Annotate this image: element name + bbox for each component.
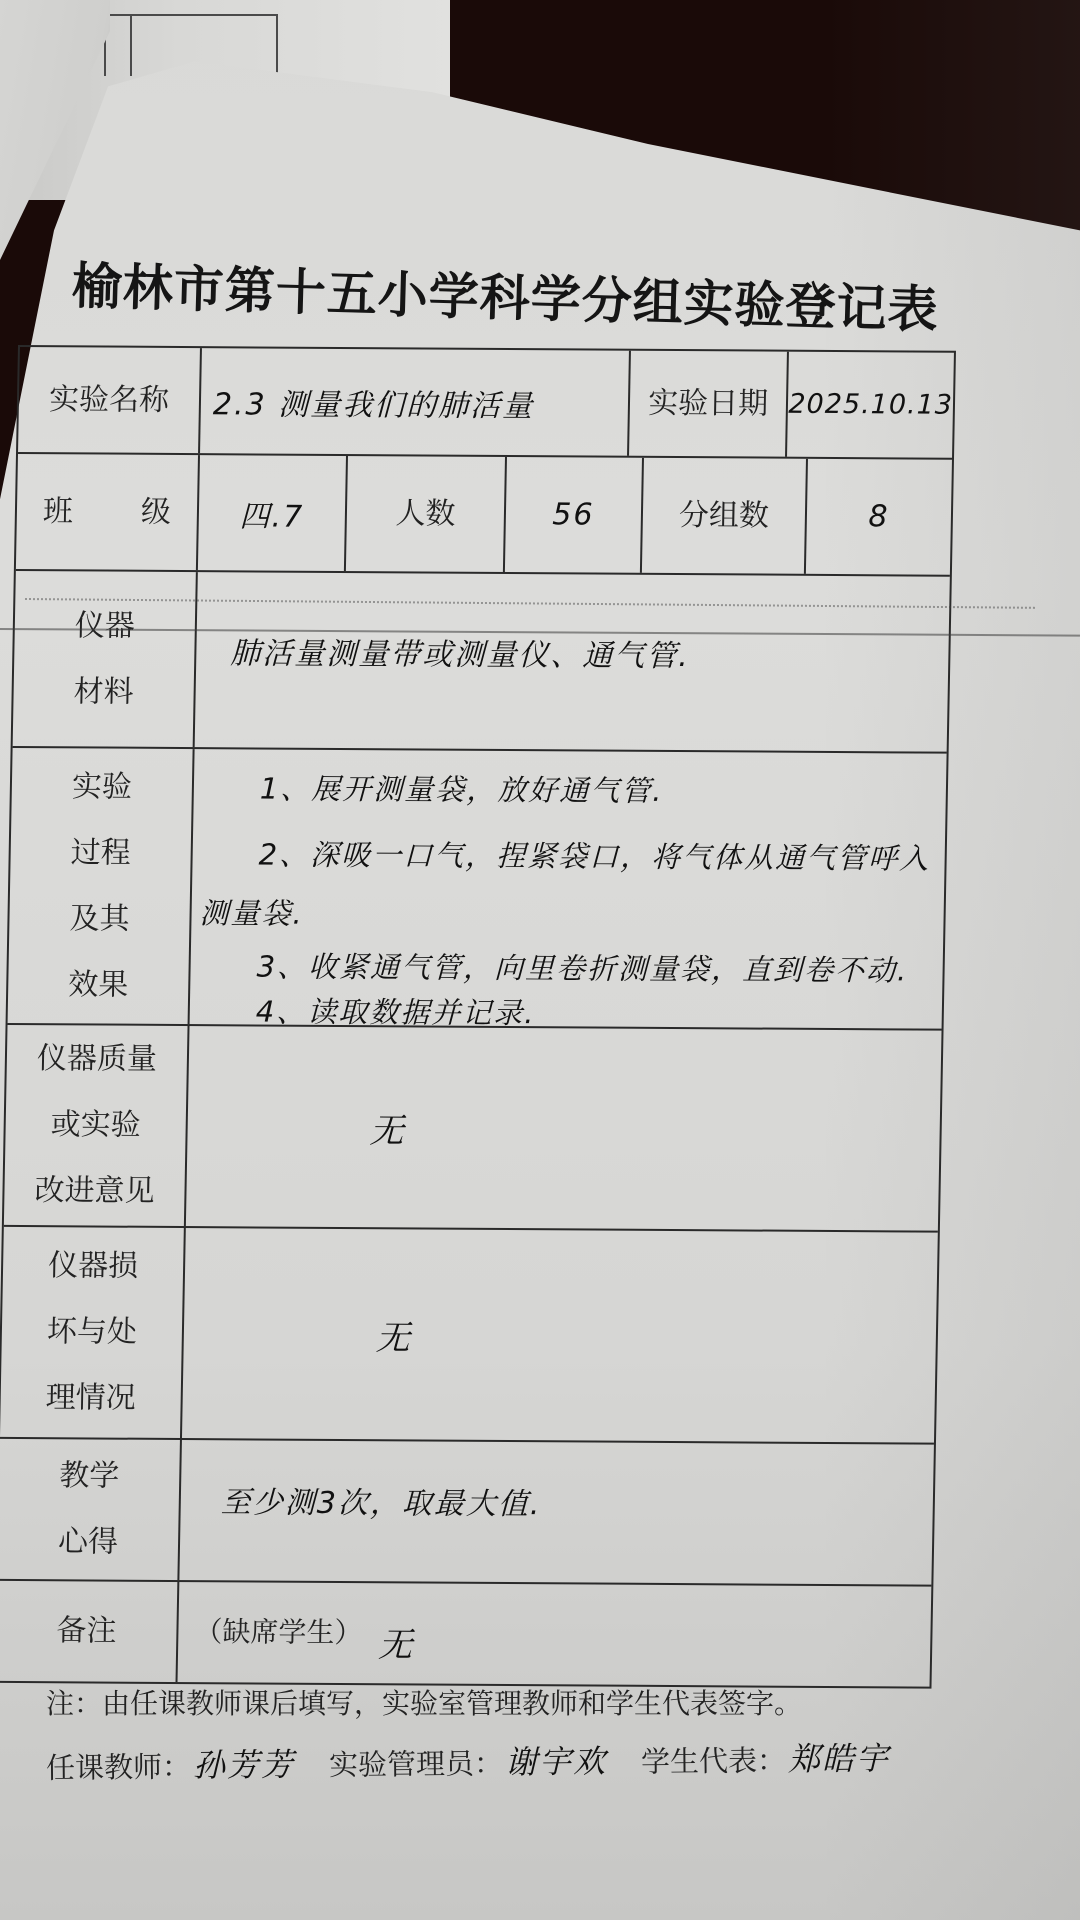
value-damage: 无 (182, 1228, 938, 1443)
admin-signature: 谢宇欢 (505, 1736, 607, 1783)
row-quality-suggestions: 仪器质量 或实验 改进意见 无 (4, 1025, 942, 1233)
value-class: 四.7 (198, 455, 348, 571)
value-process: 1、展开测量袋，放好通气管. 2、深吸一口气，捏紧袋口，将气体从通气管呼入 测量… (190, 749, 947, 1029)
row-process: 实验 过程 及其 效果 1、展开测量袋，放好通气管. 2、深吸一口气，捏紧袋口，… (8, 748, 947, 1031)
label-line: 坏与处 (46, 1299, 137, 1366)
row-teaching-notes: 教学 心得 至少测3次，取最大值. (0, 1439, 934, 1587)
teacher-signature: 孙芳芳 (193, 1739, 295, 1786)
label-teaching: 教学 心得 (0, 1439, 182, 1580)
process-step: 2、深吸一口气，捏紧袋口，将气体从通气管呼入 (200, 821, 939, 892)
label-line: 或实验 (50, 1092, 141, 1159)
process-step-continued: 测量袋. (199, 887, 938, 944)
row-class-info: 班 级 四.7 人数 56 分组数 8 (16, 454, 952, 577)
experiment-registration-table: 实验名称 2.3 测量我们的肺活量 实验日期 2025.10.13 班 级 四.… (0, 345, 956, 1689)
value-remarks: （缺席学生） 无 (178, 1582, 932, 1687)
value-headcount: 56 (505, 457, 644, 573)
label-class-right: 级 (140, 479, 171, 545)
label-group-count: 分组数 (642, 458, 808, 574)
value-group-count: 8 (806, 459, 952, 575)
label-line: 教学 (59, 1443, 120, 1509)
label-line: 效果 (68, 952, 129, 1018)
teacher-label: 任课教师： (46, 1744, 191, 1787)
label-quality: 仪器质量 或实验 改进意见 (4, 1025, 190, 1226)
label-line: 心得 (57, 1509, 118, 1575)
student-label: 学生代表： (641, 1738, 786, 1781)
value-experiment-name: 2.3 测量我们的肺活量 (200, 348, 631, 456)
row-experiment-name: 实验名称 2.3 测量我们的肺活量 实验日期 2025.10.13 (18, 347, 954, 460)
label-line: 理情况 (45, 1365, 136, 1432)
label-line: 仪器 (74, 593, 135, 659)
student-signature: 郑皓宇 (788, 1733, 890, 1780)
value-quality: 无 (186, 1026, 942, 1231)
label-experiment-date: 实验日期 (629, 351, 789, 457)
process-step: 3、收紧通气管，向里卷折测量袋，直到卷不动. (198, 939, 937, 998)
label-line: 过程 (70, 820, 131, 886)
label-headcount: 人数 (346, 456, 507, 572)
label-experiment-name: 实验名称 (18, 347, 202, 453)
label-process: 实验 过程 及其 效果 (8, 748, 195, 1024)
row-remarks: 备注 （缺席学生） 无 (0, 1581, 931, 1687)
label-line: 仪器损 (48, 1233, 139, 1300)
label-remarks: 备注 (0, 1581, 179, 1682)
process-step: 1、展开测量袋，放好通气管. (201, 755, 940, 826)
admin-label: 实验管理员： (329, 1741, 503, 1784)
label-class: 班 级 (16, 454, 200, 570)
label-line: 及其 (69, 886, 130, 952)
remarks-prefix: （缺席学生） (194, 1599, 363, 1666)
remarks-value: 无 (378, 1617, 415, 1666)
value-experiment-date: 2025.10.13 (787, 352, 954, 458)
footnote: 注：由任课教师课后填写，实验室管理教师和学生代表签字。 (46, 1682, 802, 1722)
label-line: 材料 (73, 659, 134, 725)
value-materials: 肺活量测量带或测量仪、通气管. (195, 572, 950, 752)
label-line: 仪器质量 (36, 1026, 157, 1093)
label-line: 实验 (71, 754, 132, 820)
label-class-left: 班 (42, 479, 73, 545)
label-line: 改进意见 (34, 1158, 155, 1225)
label-damage: 仪器损 坏与处 理情况 (0, 1227, 186, 1438)
row-damage: 仪器损 坏与处 理情况 无 (0, 1227, 938, 1445)
value-teaching: 至少测3次，取最大值. (179, 1440, 934, 1585)
signature-line: 任课教师： 孙芳芳 实验管理员： 谢宇欢 学生代表： 郑皓宇 (46, 1733, 891, 1788)
